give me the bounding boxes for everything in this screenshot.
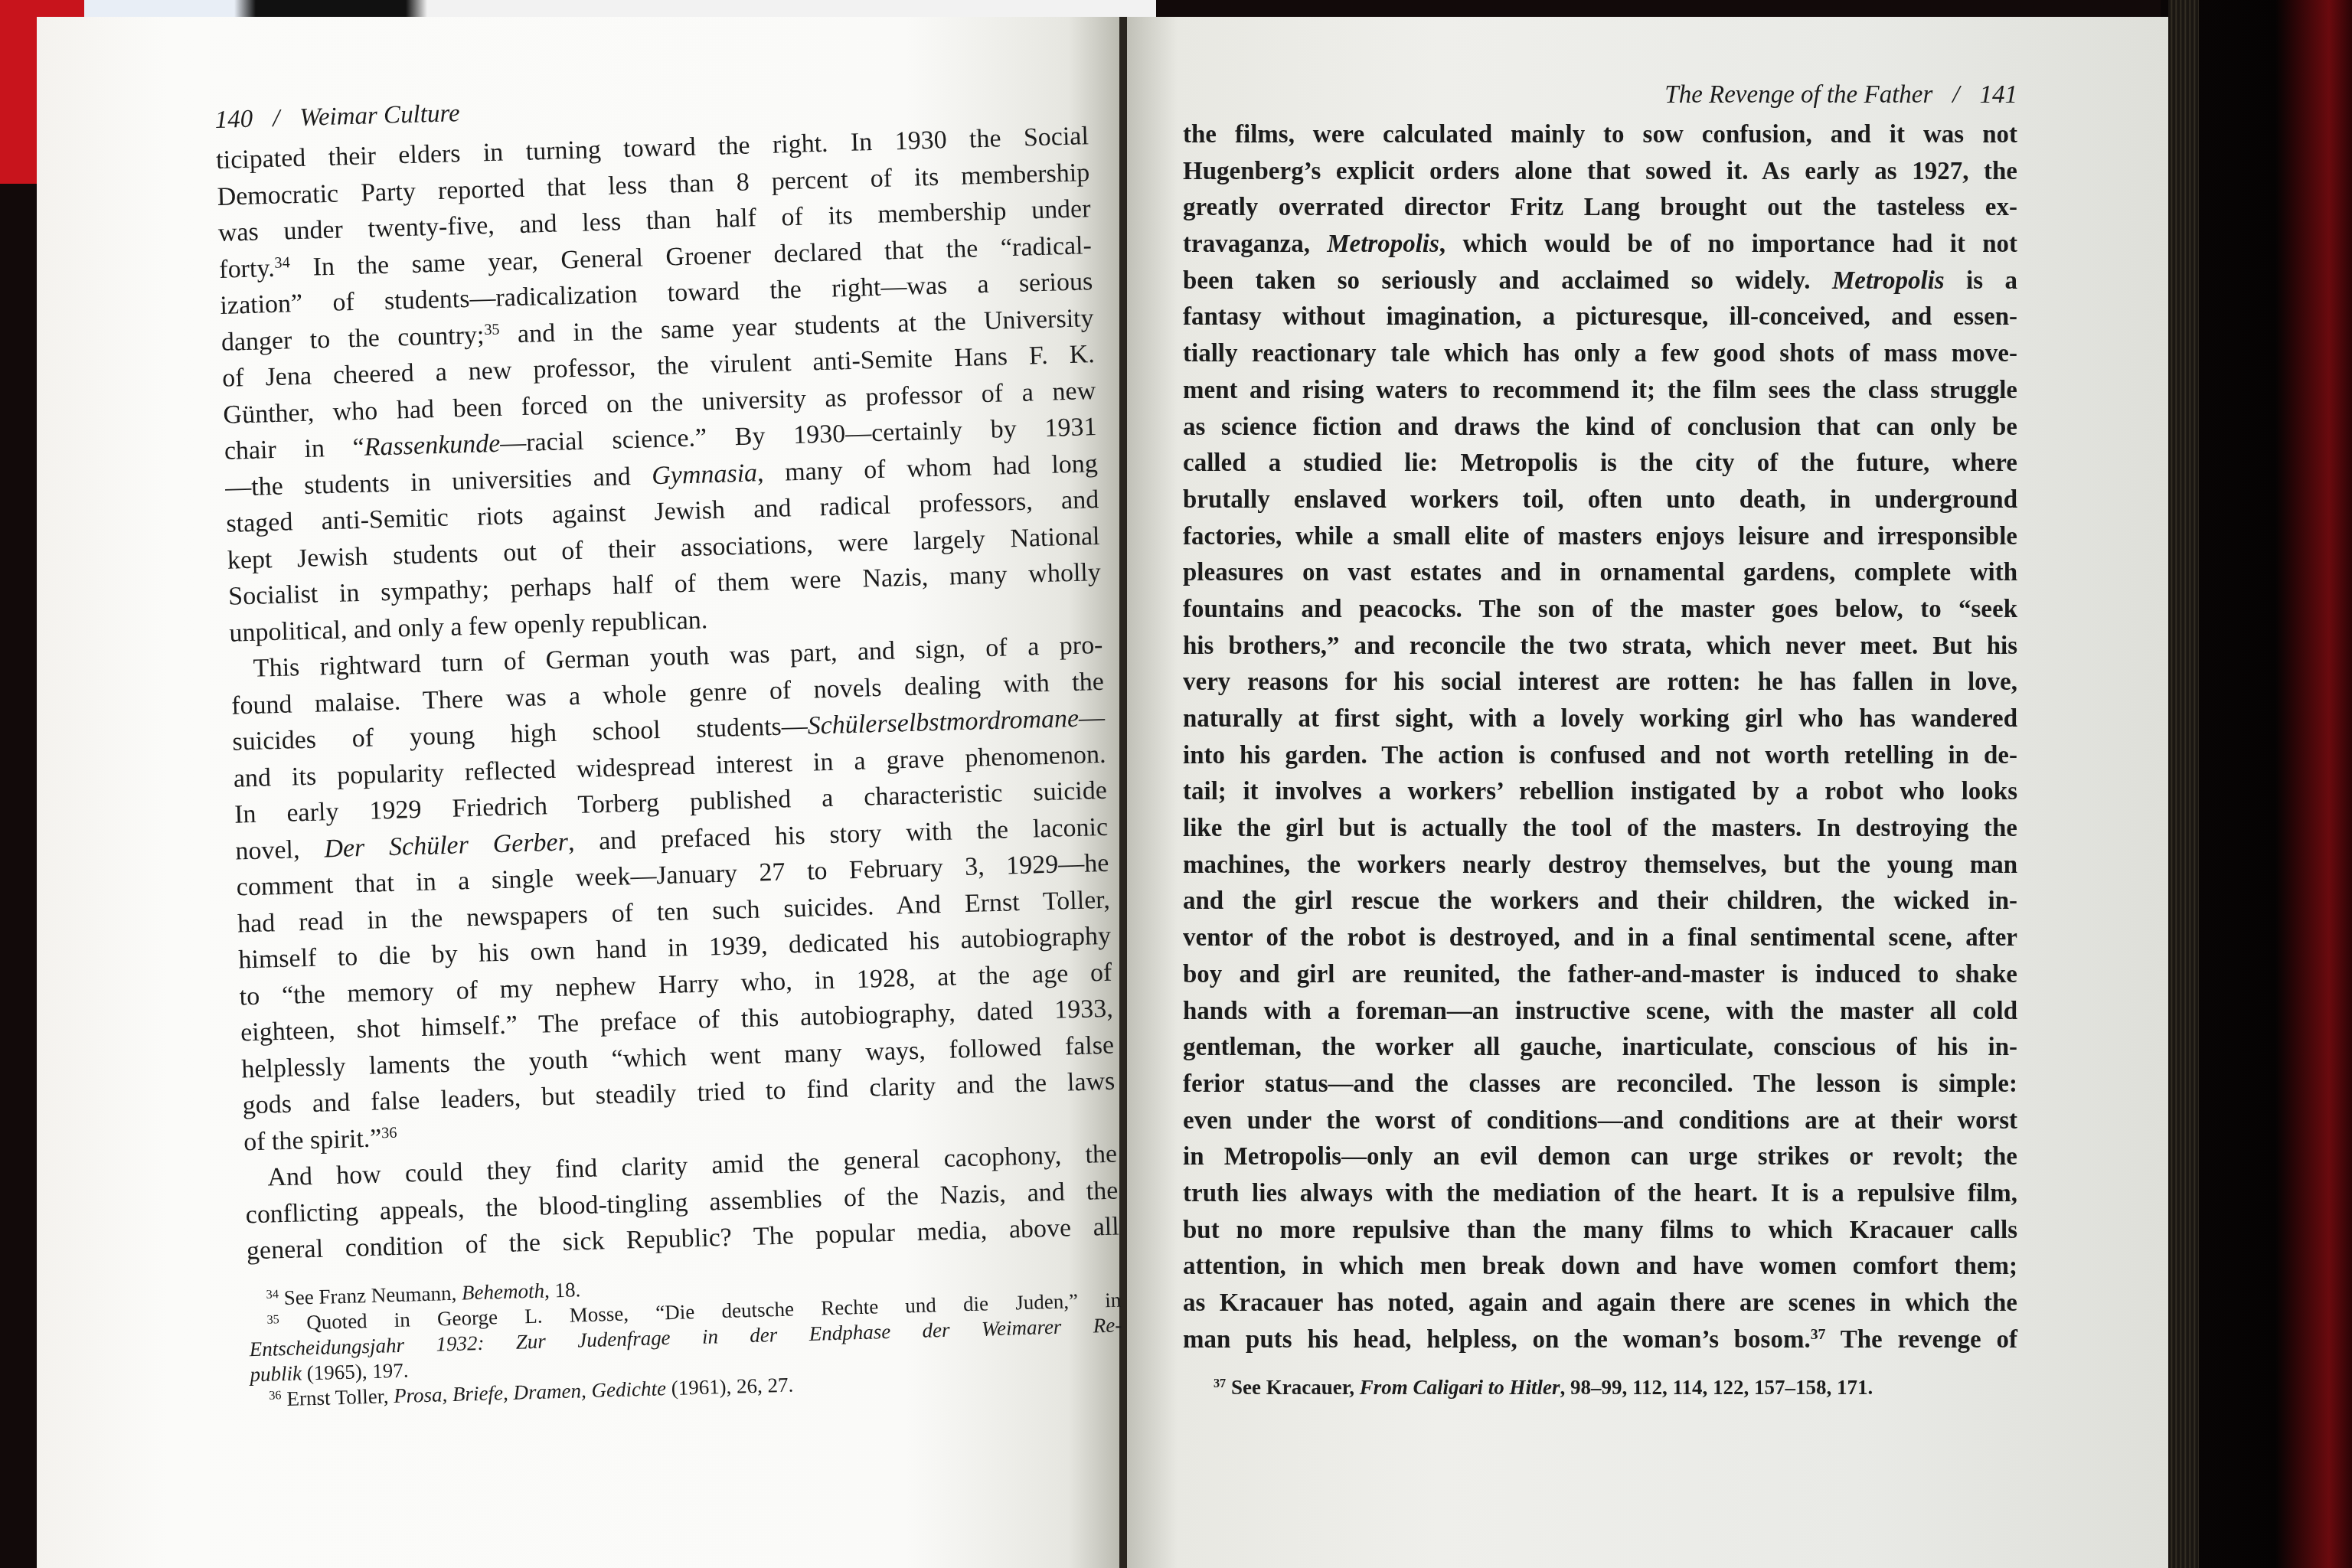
right-running-title: The Revenge of the Father [1664, 81, 1932, 109]
text-segment: very reasons for his social interest are… [1183, 668, 2017, 696]
text-segment: — [1079, 704, 1106, 733]
running-head-separator: / [1952, 81, 1959, 109]
text-line: fountains and peacocks. The son of the m… [1183, 592, 2017, 629]
text-segment: (1965), 197. [302, 1358, 409, 1384]
text-line: as Kracauer has noted, again and again t… [1183, 1285, 2017, 1322]
text-segment: , which would be of no importance had it… [1439, 230, 2017, 258]
text-segment: gentleman, the worker all gauche, inarti… [1183, 1034, 2017, 1061]
text-line: gentleman, the worker all gauche, inarti… [1183, 1030, 2017, 1067]
text-line: tail; it involves a workers’ rebellion i… [1183, 774, 2017, 811]
left-page-number: 140 [214, 106, 253, 134]
text-segment: machines, the workers nearly destroy the… [1183, 851, 2017, 879]
text-segment: fountains and peacocks. The son of the m… [1183, 596, 2017, 623]
text-segment: greatly overrated director Fritz Lang br… [1183, 194, 2017, 221]
text-segment: travaganza, [1183, 230, 1327, 258]
text-line: and the girl rescue the workers and thei… [1183, 884, 2017, 920]
footnote-marker: 34 [274, 254, 290, 272]
text-line: very reasons for his social interest are… [1183, 665, 2017, 701]
text-line: travaganza, Metropolis, which would be o… [1183, 227, 2017, 263]
text-line: even under the worst of conditions—and c… [1183, 1103, 2017, 1140]
italic-text: Gymnasia [652, 459, 758, 490]
text-segment: boy and girl are reunited, the father-an… [1183, 961, 2017, 988]
footnote-marker: 36 [269, 1388, 282, 1402]
text-line: the films, were calculated mainly to sow… [1183, 117, 2017, 154]
text-line: fantasy without imagination, a picturesq… [1183, 299, 2017, 336]
text-segment: truth lies always with the mediation of … [1183, 1180, 2017, 1207]
text-segment: but no more repulsive than the many film… [1183, 1217, 2017, 1244]
text-line: ment and rising waters to recommend it; … [1183, 373, 2017, 410]
text-segment: of the spirit.” [243, 1124, 382, 1156]
footnote-marker: 34 [266, 1287, 279, 1301]
text-segment: novel, [235, 835, 325, 865]
italic-text: publik [250, 1361, 302, 1386]
text-segment: Ernst Toller, [281, 1384, 394, 1410]
footnote-line: 37 See Kracauer, From Caligari to Hitler… [1183, 1375, 2017, 1400]
text-line: ventor of the robot is destroyed, and in… [1183, 920, 2017, 957]
right-page-number: 141 [1980, 81, 2018, 109]
text-segment: tially reactionary tale which has only a… [1183, 340, 2017, 367]
footnote-marker: 36 [381, 1124, 397, 1142]
text-segment: as science fiction and draws the kind of… [1183, 413, 2017, 441]
text-line: man puts his head, helpless, on the woma… [1183, 1322, 2017, 1359]
text-line: hands with a foreman—an instructive scen… [1183, 994, 2017, 1031]
right-footnotes: 37 See Kracauer, From Caligari to Hitler… [1183, 1375, 2017, 1400]
text-segment: , many of whom had long [757, 449, 1099, 486]
left-body: ticipated their elders in turning toward… [216, 118, 1120, 1269]
text-segment: The revenge of [1825, 1326, 2017, 1354]
text-segment: pleasures on vast estates and in ornamen… [1183, 559, 2017, 586]
running-head-separator: / [273, 105, 280, 132]
text-segment: chair in “ [224, 433, 364, 465]
text-line: but no more repulsive than the many film… [1183, 1213, 2017, 1249]
text-segment: (1961), 26, 27. [665, 1373, 793, 1400]
text-line: been taken so seriously and acclaimed so… [1183, 263, 2017, 300]
text-segment: hands with a foreman—an instructive scen… [1183, 998, 2017, 1025]
text-segment: naturally at first sight, with a lovely … [1183, 705, 2017, 733]
italic-text: Metropolis [1327, 230, 1439, 258]
text-line: brutally enslaved workers toil, often un… [1183, 482, 2017, 519]
text-segment: , 18. [544, 1278, 581, 1302]
text-segment: See Franz Neumann, [279, 1281, 462, 1309]
text-line: in Metropolis—only an evil demon can urg… [1183, 1139, 2017, 1176]
text-line: his brothers,” and reconcile the two str… [1183, 629, 2017, 665]
text-segment: is a [1945, 267, 2017, 295]
right-body: the films, were calculated mainly to sow… [1183, 117, 2017, 1358]
text-line: greatly overrated director Fritz Lang br… [1183, 190, 2017, 227]
text-line: attention, in which men break down and h… [1183, 1249, 2017, 1285]
footnote-marker: 35 [266, 1312, 279, 1326]
text-segment: as Kracauer has noted, again and again t… [1183, 1289, 2017, 1317]
footnote-marker: 37 [1811, 1326, 1826, 1343]
italic-text: Behemoth [462, 1279, 545, 1304]
italic-text: From Caligari to Hitler [1360, 1376, 1560, 1399]
right-page-text: The Revenge of the Father/141 the films,… [1183, 73, 2017, 1400]
text-segment: brutally enslaved workers toil, often un… [1183, 486, 2017, 514]
text-segment: ventor of the robot is destroyed, and in… [1183, 924, 2017, 952]
text-segment: ment and rising waters to recommend it; … [1183, 377, 2017, 404]
right-running-head: The Revenge of the Father/141 [1183, 73, 2017, 117]
text-segment: his brothers,” and reconcile the two str… [1183, 632, 2017, 660]
italic-text: Schülerselbstmordromane [807, 704, 1079, 740]
text-segment: forty. [219, 253, 275, 283]
text-line: truth lies always with the mediation of … [1183, 1176, 2017, 1213]
text-segment: like the girl but is actually the tool o… [1183, 815, 2017, 842]
italic-text: Der Schüler Gerber [324, 828, 569, 863]
page-edges [2168, 0, 2199, 1568]
text-line: like the girl but is actually the tool o… [1183, 811, 2017, 848]
background-top-strip [84, 0, 1156, 17]
text-segment: even under the worst of conditions—and c… [1183, 1107, 2017, 1135]
text-segment: man puts his head, helpless, on the woma… [1183, 1326, 1811, 1354]
left-page-text: 140/Weimar Culture ticipated their elder… [214, 73, 1124, 1413]
text-segment: been taken so seriously and acclaimed so… [1183, 267, 1832, 295]
text-line: machines, the workers nearly destroy the… [1183, 848, 2017, 884]
text-segment: attention, in which men break down and h… [1183, 1253, 2017, 1280]
text-line: ferior status—and the classes are reconc… [1183, 1067, 2017, 1103]
left-footnotes: 34 See Franz Neumann, Behemoth, 18.35 Qu… [247, 1262, 1123, 1413]
text-line: into his garden. The action is confused … [1183, 738, 2017, 775]
text-segment: fantasy without imagination, a picturesq… [1183, 303, 2017, 331]
text-line: called a studied lie: Metropolis is the … [1183, 446, 2017, 482]
text-segment: into his garden. The action is confused … [1183, 742, 2017, 769]
italic-text: Rassenkunde [364, 430, 500, 462]
text-line: factories, while a small elite of master… [1183, 519, 2017, 556]
text-line: naturally at first sight, with a lovely … [1183, 701, 2017, 738]
text-line: as science fiction and draws the kind of… [1183, 410, 2017, 446]
text-segment: Hugenberg’s explicit orders alone that s… [1183, 158, 2017, 185]
left-running-title: Weimar Culture [299, 100, 460, 132]
text-segment: in Metropolis—only an evil demon can urg… [1183, 1143, 2017, 1171]
text-segment: called a studied lie: Metropolis is the … [1183, 449, 2017, 477]
text-line: pleasures on vast estates and in ornamen… [1183, 555, 2017, 592]
text-segment: tail; it involves a workers’ rebellion i… [1183, 778, 2017, 805]
text-line: Hugenberg’s explicit orders alone that s… [1183, 154, 2017, 191]
text-segment: the films, were calculated mainly to sow… [1183, 121, 2017, 149]
text-segment: and the girl rescue the workers and thei… [1183, 887, 2017, 915]
footnote-marker: 37 [1214, 1377, 1226, 1390]
text-line: boy and girl are reunited, the father-an… [1183, 957, 2017, 994]
footnote-marker: 35 [484, 321, 500, 338]
text-segment: See Kracauer, [1226, 1376, 1359, 1399]
text-segment: ferior status—and the classes are reconc… [1183, 1070, 2017, 1098]
text-segment: , 98–99, 112, 114, 122, 157–158, 171. [1560, 1376, 1873, 1399]
text-line: tially reactionary tale which has only a… [1183, 336, 2017, 373]
text-segment: danger to the country; [220, 321, 485, 357]
text-segment: factories, while a small elite of master… [1183, 523, 2017, 550]
italic-text: Metropolis [1832, 267, 1945, 295]
